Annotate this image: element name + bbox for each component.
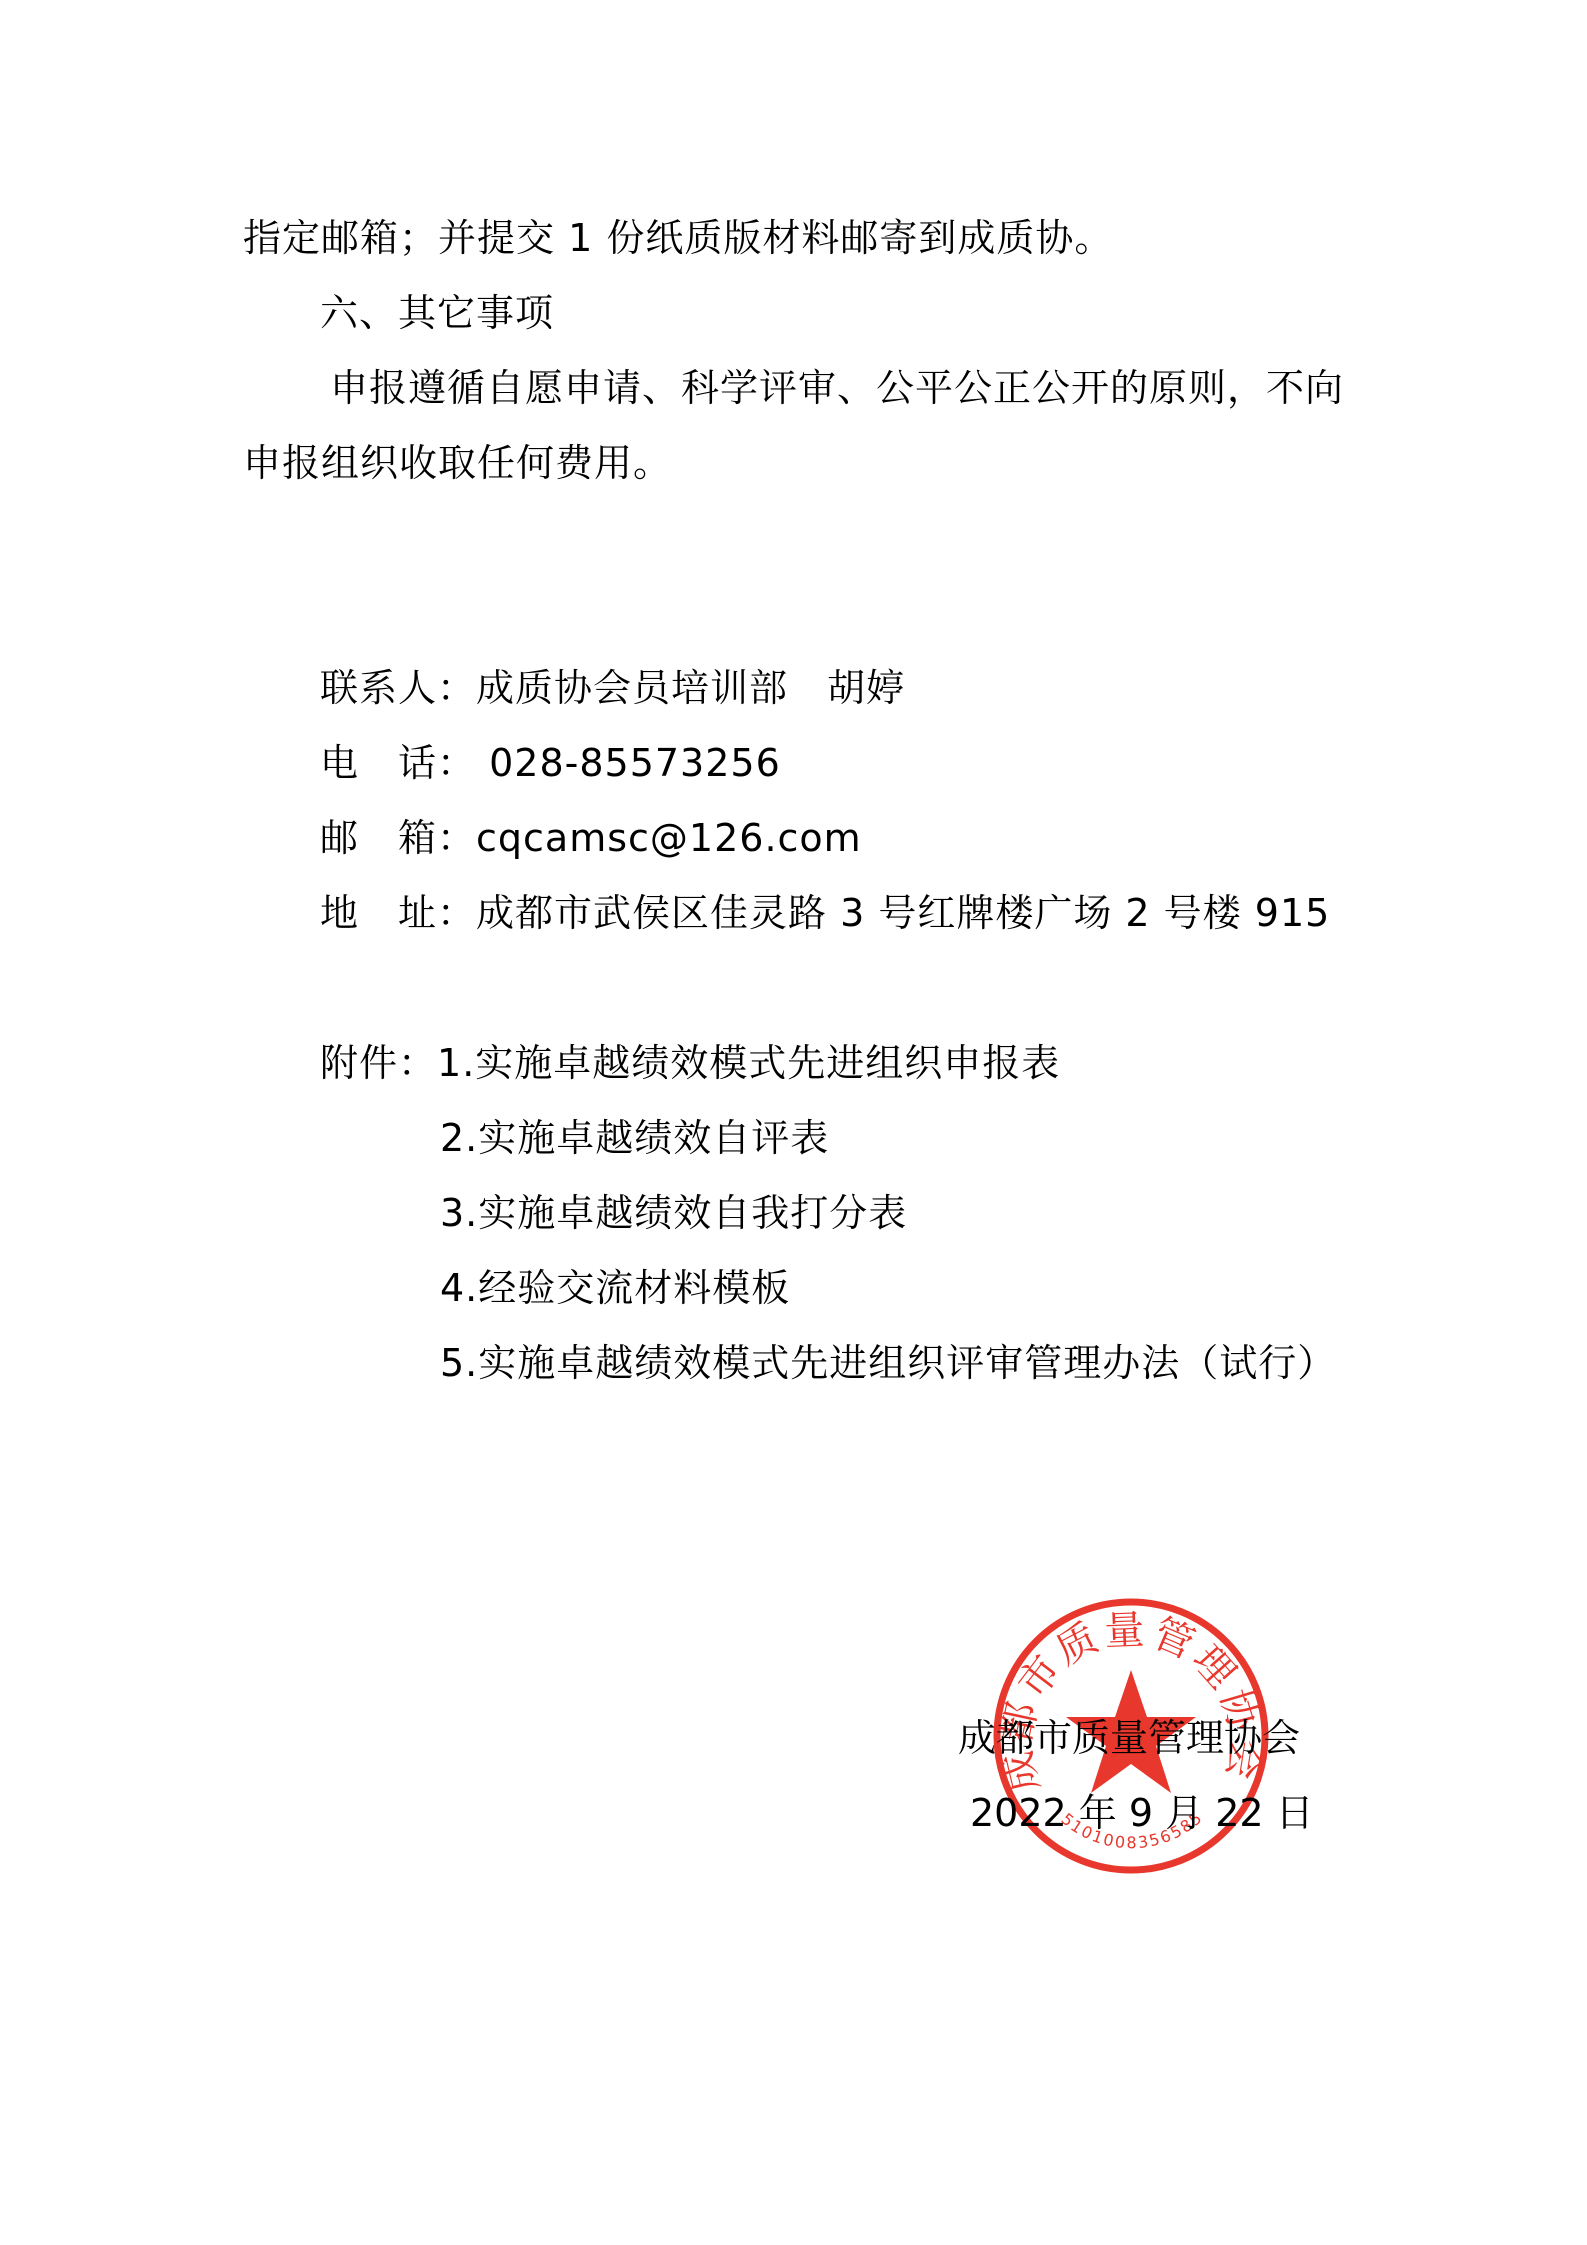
contact-phone-value: 028-85573256 bbox=[476, 741, 781, 785]
attachment-item: 1.实施卓越绩效模式先进组织申报表 bbox=[437, 1041, 1060, 1085]
signature-organization: 成都市质量管理协会 bbox=[958, 1715, 1300, 1761]
paragraph-principle-2: 申报组织收取任何费用。 bbox=[243, 440, 672, 486]
contact-person-value: 成质协会员培训部 胡婷 bbox=[476, 666, 905, 710]
section-heading-other: 六、其它事项 bbox=[320, 290, 554, 336]
contact-address-value: 成都市武侯区佳灵路 3 号红牌楼广场 2 号楼 915 bbox=[476, 891, 1330, 935]
attachment-5: 5.实施卓越绩效模式先进组织评审管理办法（试行） bbox=[440, 1340, 1336, 1386]
contact-person-label: 联系人： bbox=[320, 665, 476, 711]
paragraph-principle-1: 申报遵循自愿申请、科学评审、公平公正公开的原则，不向 bbox=[330, 365, 1344, 411]
attachments-label: 附件： bbox=[320, 1041, 437, 1085]
attachment-4: 4.经验交流材料模板 bbox=[440, 1265, 790, 1311]
contact-address-label: 地 址： bbox=[320, 890, 476, 936]
contact-phone: 电 话： 028-85573256 bbox=[320, 740, 781, 786]
contact-email-label: 邮 箱： bbox=[320, 815, 476, 861]
paragraph-submit: 指定邮箱；并提交 1 份纸质版材料邮寄到成质协。 bbox=[243, 215, 1113, 261]
contact-email: 邮 箱：cqcamsc@126.com bbox=[320, 815, 862, 861]
attachment-2: 2.实施卓越绩效自评表 bbox=[440, 1115, 829, 1161]
attachment-3: 3.实施卓越绩效自我打分表 bbox=[440, 1190, 907, 1236]
contact-phone-label: 电 话： bbox=[320, 740, 476, 786]
contact-email-value: cqcamsc@126.com bbox=[476, 816, 862, 860]
contact-person: 联系人：成质协会员培训部 胡婷 bbox=[320, 665, 905, 711]
attachment-1: 附件：1.实施卓越绩效模式先进组织申报表 bbox=[320, 1040, 1060, 1086]
signature-date: 2022 年 9 月 22 日 bbox=[970, 1790, 1314, 1836]
contact-address: 地 址：成都市武侯区佳灵路 3 号红牌楼广场 2 号楼 915 bbox=[320, 890, 1330, 936]
